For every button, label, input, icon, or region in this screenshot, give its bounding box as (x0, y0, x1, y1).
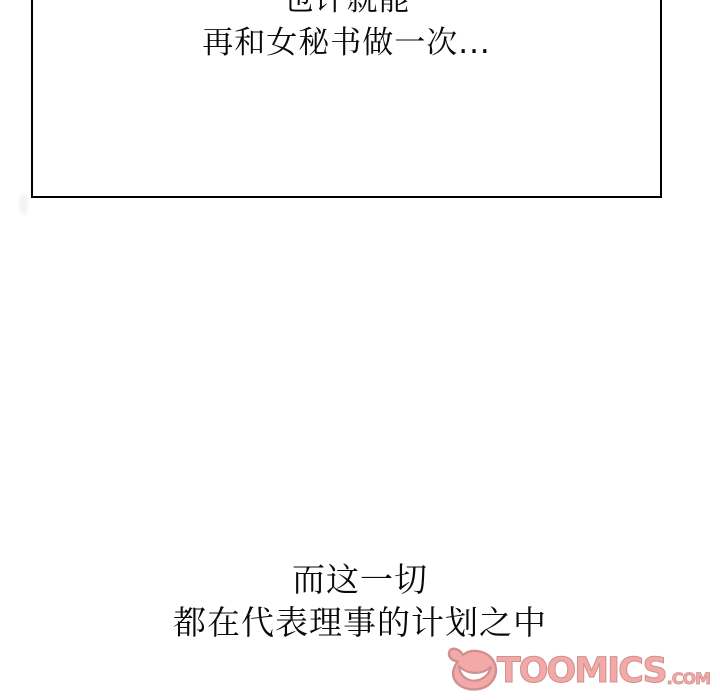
toomics-watermark: TOOMICS .COM (445, 644, 710, 692)
toomics-brand-text: TOOMICS (497, 654, 666, 692)
speech-line-1: 也许就能 (33, 0, 660, 22)
toomics-brand-suffix: .COM (667, 671, 710, 692)
narration-caption: 而这一切 都在代表理事的计划之中 (0, 558, 720, 644)
caption-line-1: 而这一切 (0, 558, 720, 601)
comic-page: 也许就能 再和女秘书做一次... 而这一切 都在代表理事的计划之中 TOOMIC… (0, 0, 720, 700)
toomics-mascot-icon (445, 644, 501, 694)
print-smudge-artifact (19, 193, 28, 215)
speech-line-2: 再和女秘书做一次... (33, 22, 660, 65)
speech-bubble-box: 也许就能 再和女秘书做一次... (31, 0, 662, 198)
caption-line-2: 都在代表理事的计划之中 (0, 601, 720, 644)
speech-text: 也许就能 再和女秘书做一次... (33, 0, 660, 65)
